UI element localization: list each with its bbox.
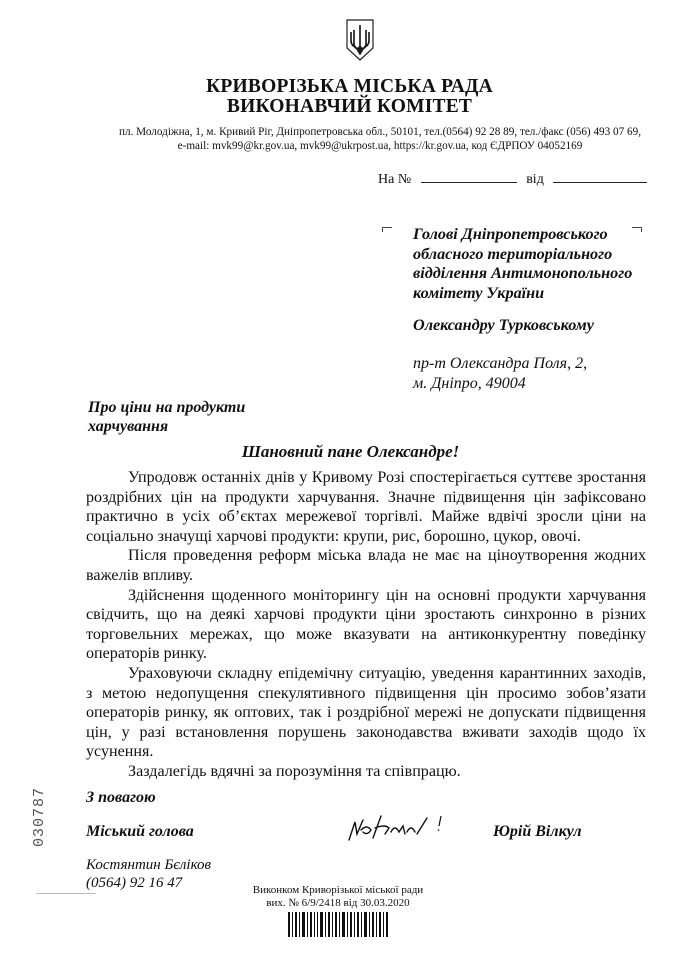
handwritten-signature-icon — [345, 810, 465, 846]
body-paragraph: Ураховуючи складну епідемічну ситуацію, … — [86, 664, 646, 762]
organization-name: КРИВОРІЗЬКА МІСЬКА РАДА — [0, 76, 679, 98]
executor-info: Костянтин Бєліков (0564) 92 16 47 — [86, 857, 211, 892]
recipient-org-line: Голові Дніпропетровського — [413, 225, 632, 245]
body-paragraph: Здійснення щоденного моніторингу цін на … — [86, 586, 646, 664]
reference-no-field — [421, 170, 517, 183]
registration-org: Виконком Криворізької міської ради — [250, 884, 426, 897]
registration-number: вих. № 6/9/2418 від 30.03.2020 — [250, 897, 426, 910]
divider — [36, 893, 96, 894]
closing-phrase: З повагою — [86, 789, 156, 807]
letter-subject: Про ціни на продукти харчування — [88, 399, 245, 436]
address-corner-mark-right — [632, 227, 642, 228]
recipient-org-line: відділення Антимонопольного — [413, 264, 632, 284]
contact-address-line: пл. Молодіжна, 1, м. Кривий Ріг, Дніпроп… — [80, 125, 679, 140]
subject-line: Про ціни на продукти — [88, 399, 245, 418]
executor-phone: (0564) 92 16 47 — [86, 875, 211, 893]
incoming-registration-number: 030787 — [31, 781, 49, 853]
contact-email-line: e-mail: mvk99@kr.gov.ua, mvk99@ukrpost.u… — [80, 139, 679, 154]
signatory-name: Юрій Вілкул — [493, 823, 582, 841]
recipient-address-line: пр-т Олександра Поля, 2, — [413, 354, 587, 374]
salutation: Шановний пане Олександре! — [0, 442, 679, 462]
subject-line: харчування — [88, 418, 245, 437]
recipient-address-line: м. Дніпро, 49004 — [413, 374, 587, 394]
reference-date-field — [553, 170, 647, 183]
executor-name: Костянтин Бєліков — [86, 857, 211, 875]
letter-body: Упродовж останніх днів у Кривому Розі сп… — [86, 468, 646, 782]
reference-no-label: На № — [378, 172, 411, 187]
trident-coat-of-arms-icon — [345, 18, 375, 62]
reference-line: На № від — [378, 170, 647, 188]
recipient-organization: Голові Дніпропетровського обласного тери… — [413, 225, 632, 303]
body-paragraph: Після проведення реформ міська влада не … — [86, 546, 646, 585]
barcode-icon — [288, 912, 388, 937]
recipient-org-line: обласного територіального — [413, 245, 632, 265]
body-paragraph: Упродовж останніх днів у Кривому Розі сп… — [86, 468, 646, 546]
organization-department: ВИКОНАВЧИЙ КОМІТЕТ — [0, 96, 679, 118]
body-paragraph: Заздалегідь вдячні за порозуміння та спі… — [86, 762, 646, 782]
recipient-address: пр-т Олександра Поля, 2, м. Дніпро, 4900… — [413, 354, 587, 393]
address-corner-mark-left — [382, 227, 392, 228]
recipient-name: Олександру Турковському — [413, 316, 594, 336]
recipient-org-line: комітету України — [413, 284, 632, 304]
registration-stamp: Виконком Криворізької міської ради вих. … — [250, 884, 426, 910]
reference-date-label: від — [526, 172, 544, 187]
signatory-title: Міський голова — [86, 823, 194, 841]
